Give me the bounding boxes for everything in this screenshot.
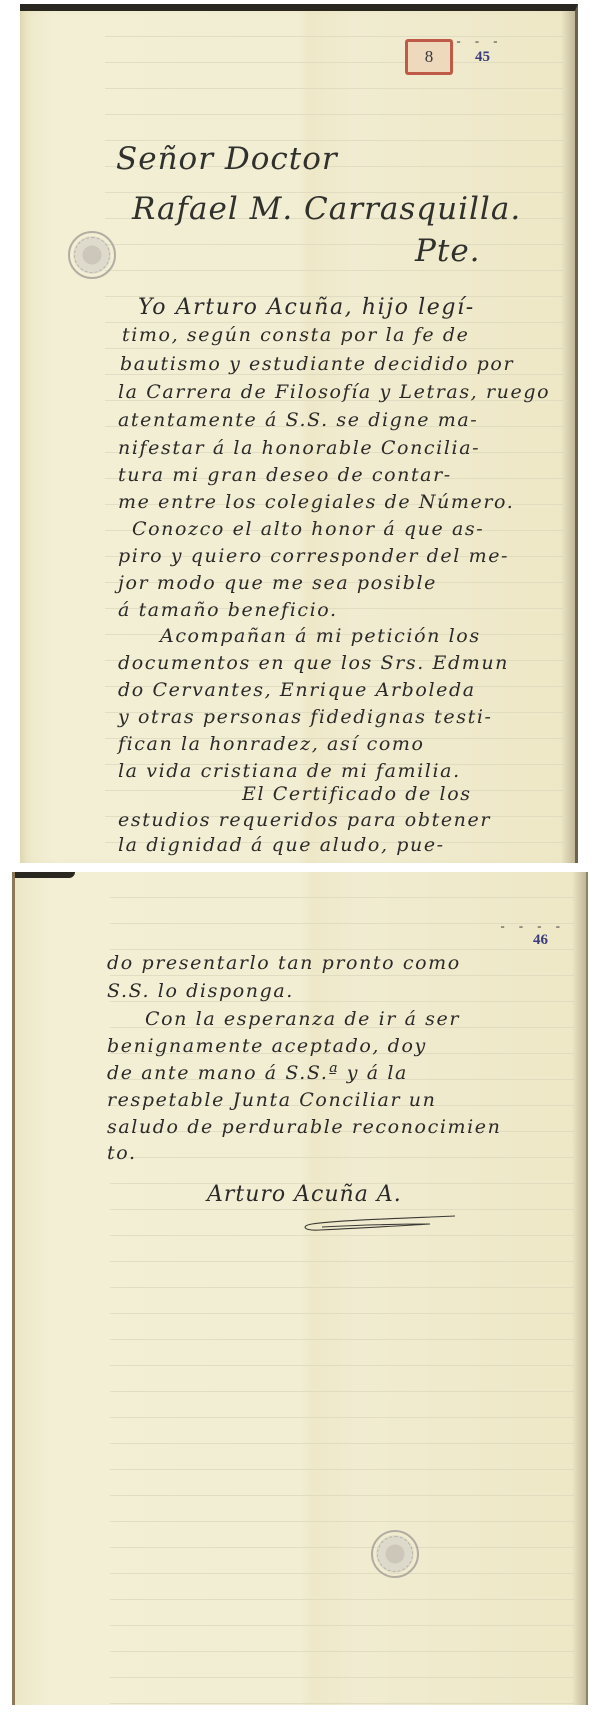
body-line: El Certificado de los	[242, 783, 472, 805]
body-line: la Carrera de Filosofía y Letras, ruego	[118, 381, 550, 403]
salutation-presente: Pte.	[415, 233, 481, 269]
body-line: jor modo que me sea posible	[118, 572, 437, 594]
folio-number: 46	[533, 932, 548, 949]
body-line: atentamente á S.S. se digne ma-	[118, 409, 478, 431]
body-line: Yo Arturo Acuña, hijo legí-	[138, 295, 475, 320]
body-line: bautismo y estudiante decidido por	[120, 353, 514, 375]
letter-page-2: - - - - 46 do presentarlo tan pronto com…	[12, 872, 588, 1705]
body-line: to.	[107, 1142, 137, 1164]
salutation-title: Señor Doctor	[116, 141, 338, 177]
body-line: do presentarlo tan pronto como	[107, 952, 461, 974]
body-line: Conozco el alto honor á que as-	[132, 518, 484, 540]
archive-seal-icon	[371, 1530, 419, 1578]
body-line: Con la esperanza de ir á ser	[145, 1008, 460, 1030]
letter-page-1: 8 - - - 45 Señor Doctor Rafael M. Carras…	[20, 4, 578, 863]
body-line: la dignidad á que aludo, pue-	[118, 834, 445, 856]
archive-seal-icon	[68, 231, 116, 279]
body-line: fican la honradez, así como	[118, 733, 425, 755]
archive-stamp-box: 8	[405, 39, 453, 75]
body-line: nifestar á la honorable Concilia-	[118, 437, 480, 459]
body-line: Acompañan á mi petición los	[160, 625, 481, 647]
signature-flourish-icon	[300, 1210, 460, 1234]
body-line: S.S. lo disponga.	[107, 980, 294, 1002]
body-line: respetable Junta Conciliar un	[107, 1089, 436, 1111]
folio-dashes: - - - -	[499, 920, 563, 934]
binding-edge	[561, 11, 575, 863]
body-line: do Cervantes, Enrique Arboleda	[118, 679, 476, 701]
folio-dashes: - - -	[455, 35, 501, 49]
body-line: de ante mano á S.S.ª y á la	[107, 1062, 408, 1084]
body-line: á tamaño beneficio.	[118, 599, 338, 621]
body-line: y otras personas fidedignas testi-	[118, 706, 493, 728]
body-line: tura mi gran deseo de contar-	[118, 464, 452, 486]
signature: Arturo Acuña A.	[207, 1182, 402, 1207]
folio-number: 45	[475, 49, 490, 66]
body-line: me entre los colegiales de Número.	[118, 491, 514, 513]
salutation-addressee: Rafael M. Carrasquilla.	[132, 191, 521, 227]
body-line: documentos en que los Srs. Edmun	[118, 652, 509, 674]
stamp-number: 8	[425, 47, 434, 67]
body-line: timo, según consta por la fe de	[122, 324, 469, 346]
body-line: la vida cristiana de mi familia.	[118, 760, 461, 782]
binding-edge	[572, 872, 586, 1705]
body-line: estudios requeridos para obtener	[118, 809, 491, 831]
body-line: saludo de perdurable reconocimien	[107, 1116, 501, 1138]
body-line: benignamente aceptado, doy	[107, 1035, 427, 1057]
body-line: piro y quiero corresponder del me-	[118, 545, 509, 567]
